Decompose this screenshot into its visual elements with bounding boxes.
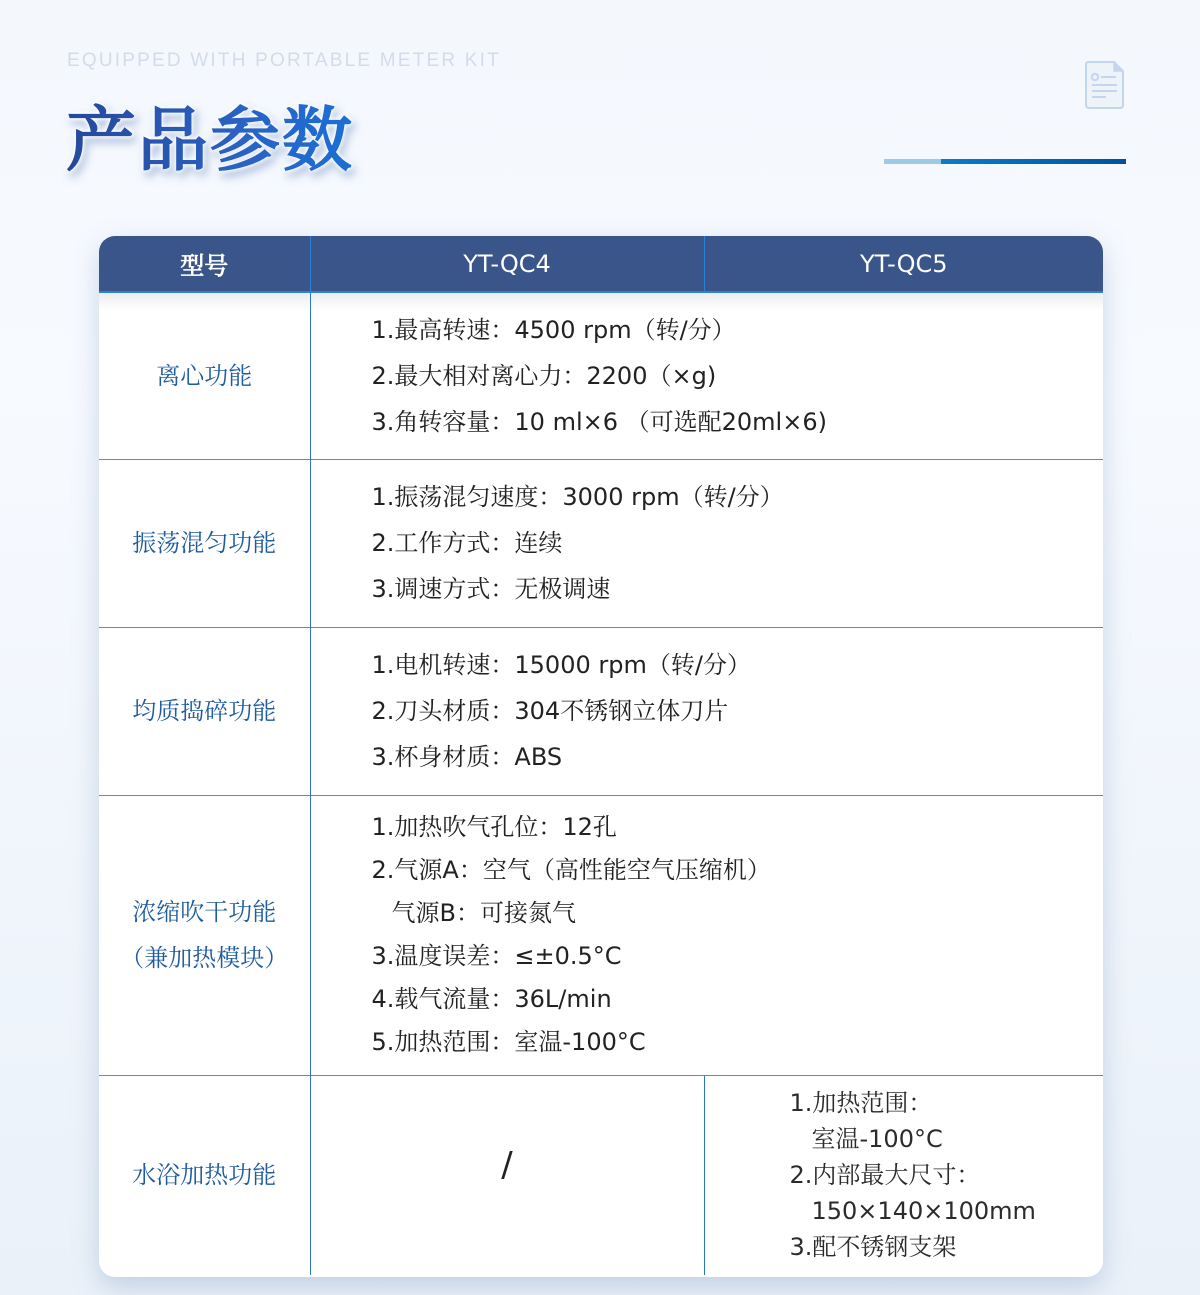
spec-cell: 1.最高转速：4500 rpm（转/分） 2.最大相对离心力：2200（×g) … <box>310 292 1103 459</box>
spec-cell-qc5: 1.加热范围： 室温-100°C 2.内部最大尺寸： 150×140×100mm… <box>704 1075 1103 1275</box>
page-subtitle: EQUIPPED WITH PORTABLE METER KIT <box>67 50 501 72</box>
spec-line: 3.角转容量：10 ml×6 （可选配20ml×6) <box>372 399 1104 445</box>
table-header-row: 型号 YT-QC4 YT-QC5 <box>99 236 1103 292</box>
spec-line: 室温-100°C <box>790 1121 1104 1157</box>
spec-line: 2.最大相对离心力：2200（×g) <box>372 353 1104 399</box>
table-row-centrifuge: 离心功能 1.最高转速：4500 rpm（转/分） 2.最大相对离心力：2200… <box>99 292 1103 459</box>
row-label: 均质捣碎功能 <box>99 627 310 795</box>
accent-divider <box>884 159 1126 164</box>
document-icon <box>1085 61 1124 109</box>
accent-divider-dark <box>941 159 1126 164</box>
spec-line: 2.气源A：空气（高性能空气压缩机） <box>372 849 1104 892</box>
column-header-qc5: YT-QC5 <box>704 236 1103 292</box>
spec-line: 3.调速方式：无极调速 <box>372 566 1104 612</box>
column-header-qc4: YT-QC4 <box>310 236 704 292</box>
row-label-line: 浓缩吹干功能 <box>99 889 310 935</box>
not-applicable-cell: / <box>310 1075 704 1275</box>
spec-line: 2.工作方式：连续 <box>372 520 1104 566</box>
spec-line: 1.电机转速：15000 rpm（转/分） <box>372 642 1104 688</box>
column-header-model: 型号 <box>99 236 310 292</box>
spec-line: 气源B：可接氮气 <box>372 892 1104 935</box>
page-title: 产品参数 <box>66 84 354 185</box>
spec-line: 1.加热吹气孔位：12孔 <box>372 806 1104 849</box>
spec-line: 1.最高转速：4500 rpm（转/分） <box>372 307 1104 353</box>
spec-cell: 1.电机转速：15000 rpm（转/分） 2.刀头材质：304不锈钢立体刀片 … <box>310 627 1103 795</box>
spec-line: 150×140×100mm <box>790 1193 1104 1229</box>
spec-line: 1.加热范围： <box>790 1085 1104 1121</box>
table-row-homogenize: 均质捣碎功能 1.电机转速：15000 rpm（转/分） 2.刀头材质：304不… <box>99 627 1103 795</box>
spec-line: 2.内部最大尺寸： <box>790 1157 1104 1193</box>
row-label: 振荡混匀功能 <box>99 459 310 627</box>
spec-cell: 1.振荡混匀速度：3000 rpm（转/分） 2.工作方式：连续 3.调速方式：… <box>310 459 1103 627</box>
spec-line: 2.刀头材质：304不锈钢立体刀片 <box>372 688 1104 734</box>
spec-line: 4.载气流量：36L/min <box>372 978 1104 1021</box>
table-row-concentrate: 浓缩吹干功能 （兼加热模块） 1.加热吹气孔位：12孔 2.气源A：空气（高性能… <box>99 795 1103 1075</box>
spec-table: 型号 YT-QC4 YT-QC5 离心功能 1.最高转速：4500 rpm（转/… <box>99 236 1103 1275</box>
spec-line: 3.温度误差：≤±0.5°C <box>372 935 1104 978</box>
row-label-line: （兼加热模块） <box>99 935 310 981</box>
spec-table-card: 型号 YT-QC4 YT-QC5 离心功能 1.最高转速：4500 rpm（转/… <box>99 236 1103 1277</box>
table-row-waterbath: 水浴加热功能 / 1.加热范围： 室温-100°C 2.内部最大尺寸： 150×… <box>99 1075 1103 1275</box>
spec-line: 5.加热范围：室温-100°C <box>372 1021 1104 1064</box>
spec-line: 1.振荡混匀速度：3000 rpm（转/分） <box>372 474 1104 520</box>
row-label: 浓缩吹干功能 （兼加热模块） <box>99 795 310 1075</box>
table-row-shaking: 振荡混匀功能 1.振荡混匀速度：3000 rpm（转/分） 2.工作方式：连续 … <box>99 459 1103 627</box>
spec-cell: 1.加热吹气孔位：12孔 2.气源A：空气（高性能空气压缩机） 气源B：可接氮气… <box>310 795 1103 1075</box>
accent-divider-light <box>884 159 941 164</box>
spec-line: 3.配不锈钢支架 <box>790 1229 1104 1265</box>
row-label: 水浴加热功能 <box>99 1075 310 1275</box>
spec-line: 3.杯身材质：ABS <box>372 734 1104 780</box>
row-label: 离心功能 <box>99 292 310 459</box>
